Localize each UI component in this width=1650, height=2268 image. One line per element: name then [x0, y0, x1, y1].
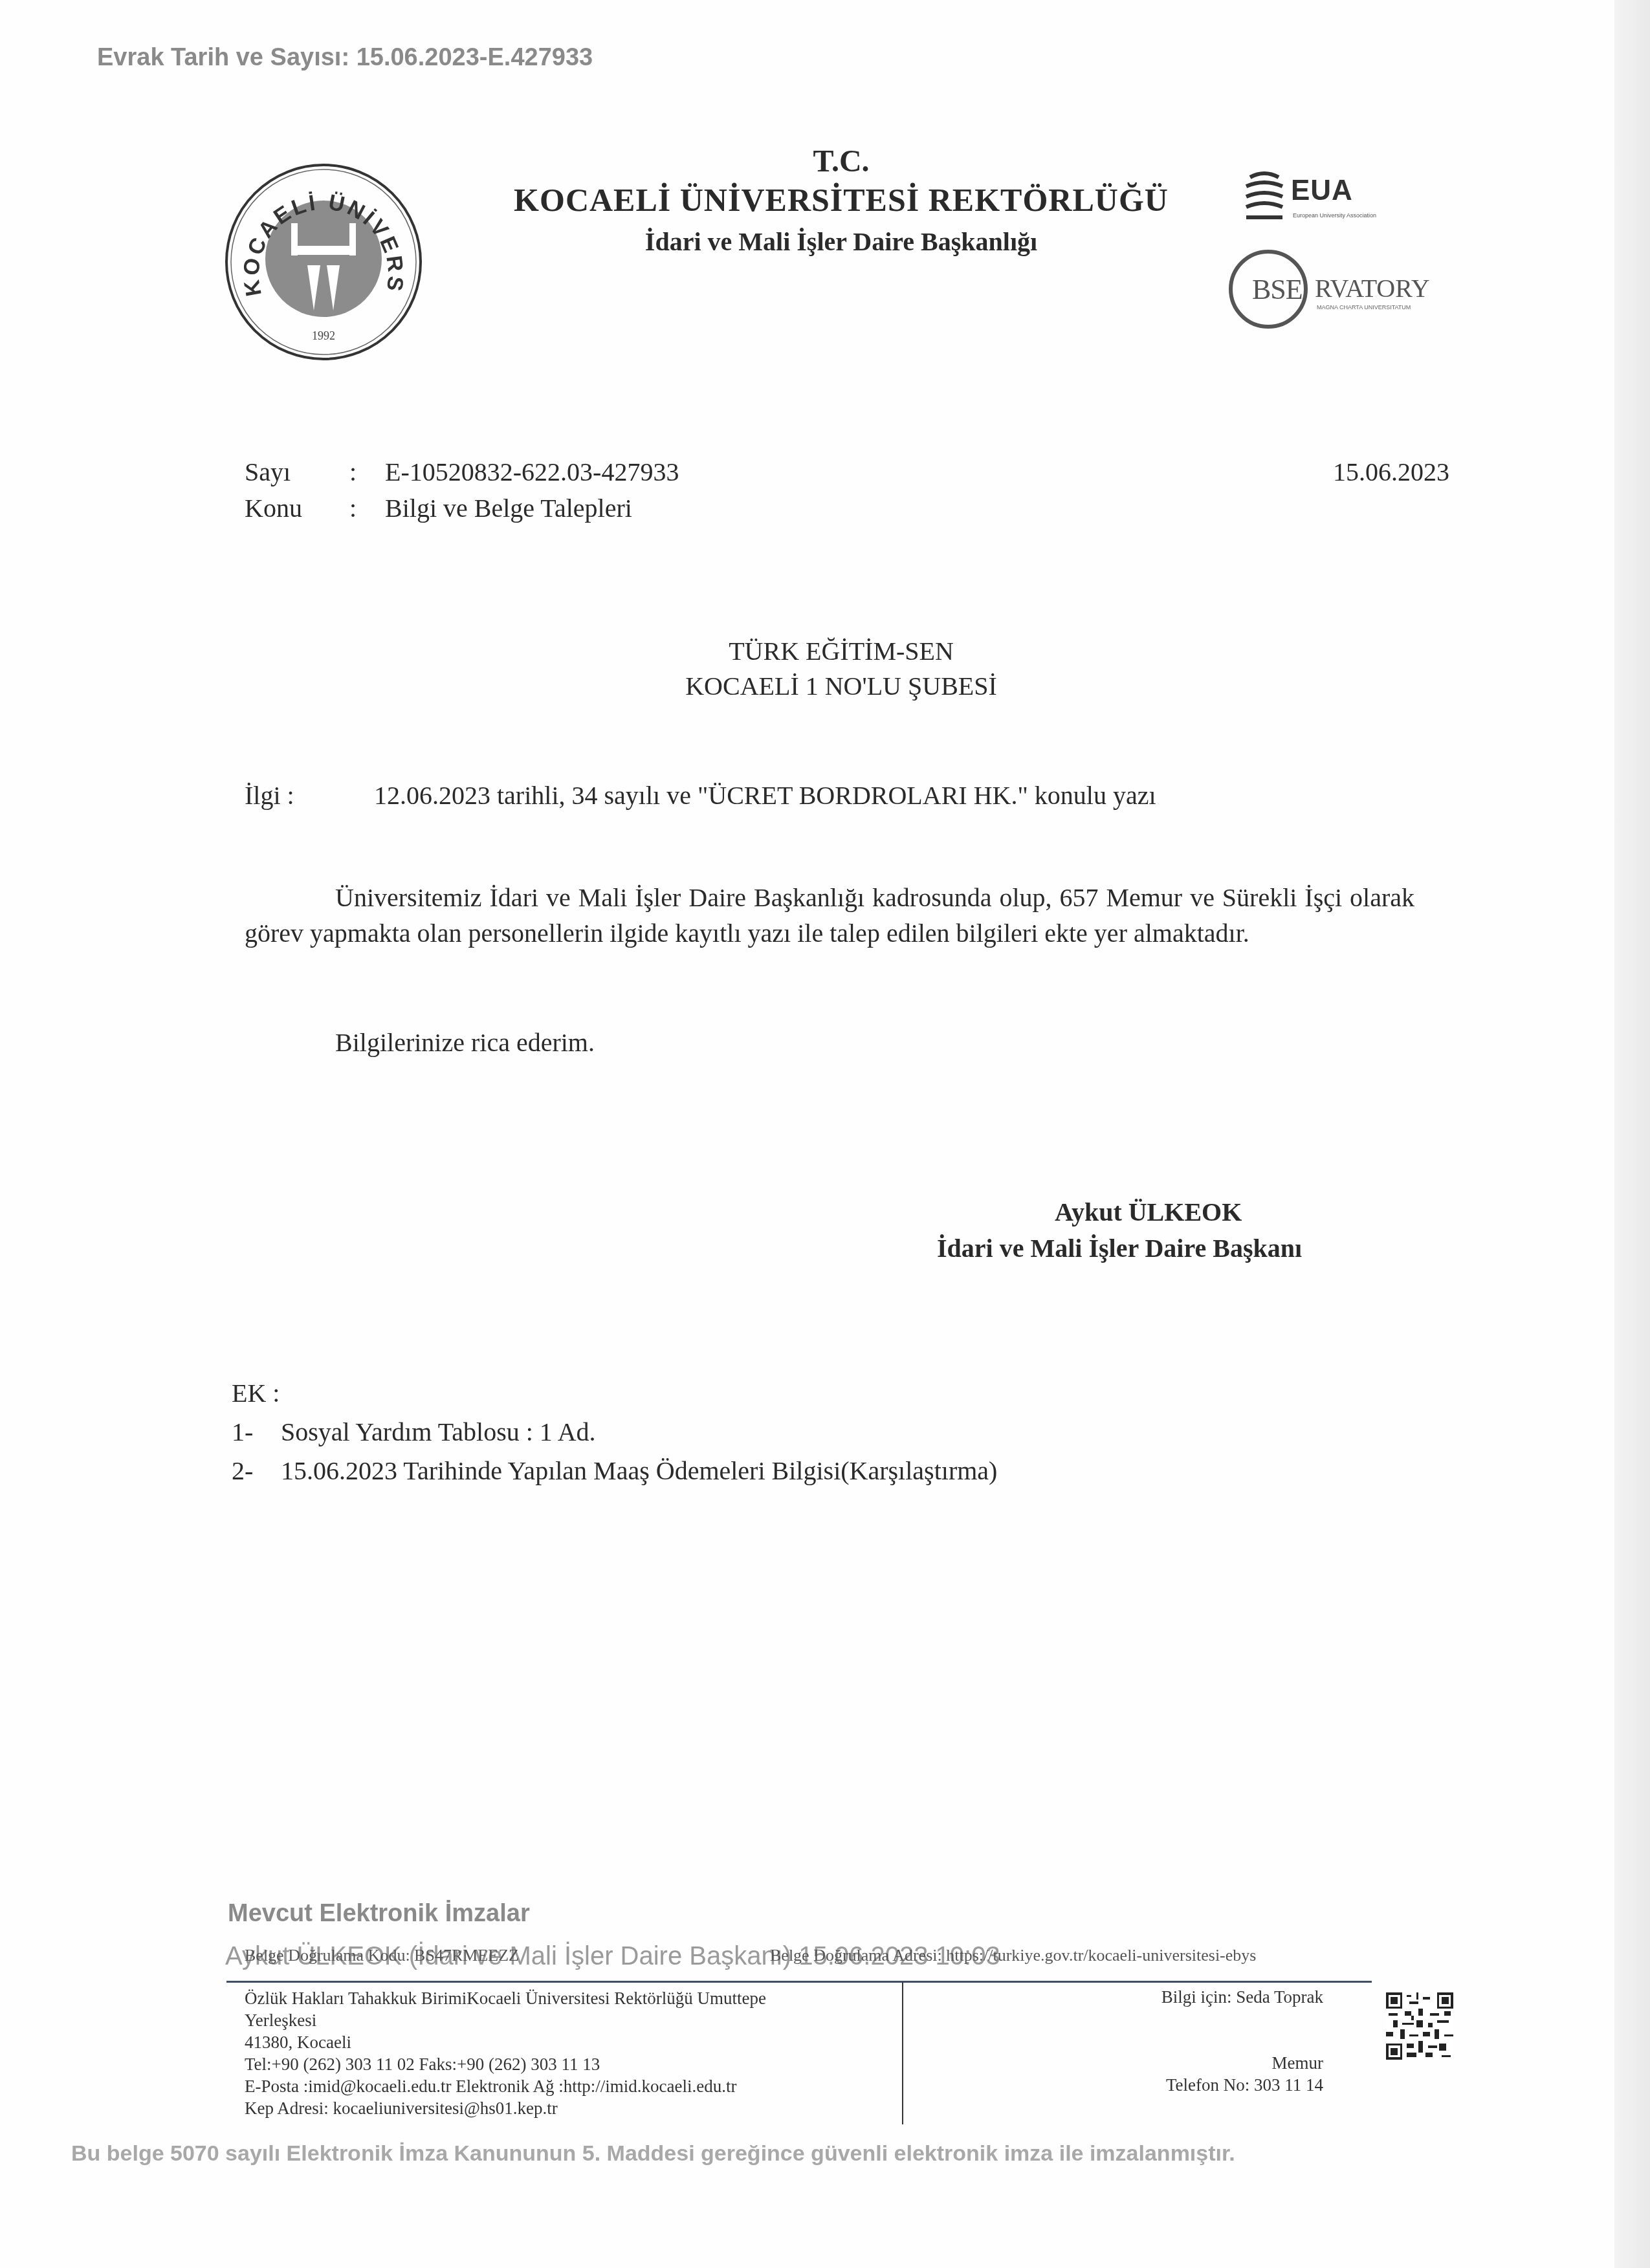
- body-paragraph: Üniversitemiz İdari ve Mali İşler Daire …: [245, 880, 1414, 951]
- document-stamp: Evrak Tarih ve Sayısı: 15.06.2023-E.4279…: [97, 44, 593, 72]
- electronic-signatures-heading: Mevcut Elektronik İmzalar: [228, 1900, 530, 1928]
- attachment-number: 2-: [232, 1456, 281, 1486]
- recipient-line-1: TÜRK EĞİTİM-SEN: [453, 636, 1229, 666]
- header-university: KOCAELİ ÜNİVERSİTESİ REKTÖRLÜĞÜ: [453, 181, 1229, 219]
- eua-globe-icon: [1244, 169, 1285, 221]
- footer-rule: [226, 1981, 1372, 1983]
- email-web[interactable]: E-Posta :imid@kocaeli.edu.tr Elektronik …: [245, 2075, 766, 2097]
- number-value: E-10520832-622.03-427933: [385, 457, 679, 487]
- header-tc: T.C.: [453, 144, 1229, 179]
- info-phone: Telefon No: 303 11 14: [1100, 2075, 1323, 2095]
- observatory-prefix: BSE: [1252, 273, 1303, 306]
- observatory-subtitle: MAGNA CHARTA UNIVERSITATUM: [1317, 304, 1411, 311]
- university-seal-icon: KOCAELİ ÜNİVERSİTESİ 1992: [223, 162, 424, 362]
- attachment-item: 1-Sosyal Yardım Tablosu : 1 Ad.: [232, 1417, 596, 1447]
- address-line-2: Yerleşkesi: [245, 2009, 766, 2031]
- footer-contact: Özlük Hakları Tahakkuk BirimiKocaeli Üni…: [245, 1987, 766, 2119]
- observatory-suffix: RVATORY: [1315, 273, 1430, 303]
- attachments-label: EK :: [232, 1378, 280, 1408]
- address-line-3: 41380, Kocaeli: [245, 2031, 766, 2053]
- subject-label: Konu: [245, 493, 302, 523]
- eua-logo-text: EUA: [1291, 175, 1353, 207]
- verification-code: Belge Doğrulama Kodu: BS47RMEEZZ: [245, 1946, 519, 1965]
- info-role: Memur: [1100, 2053, 1323, 2073]
- eua-subtitle: European University Association: [1293, 212, 1376, 219]
- reference-label: İlgi :: [245, 780, 294, 811]
- document-date: 15.06.2023: [1333, 457, 1449, 487]
- number-colon: :: [349, 457, 357, 487]
- signatory-title: İdari ve Mali İşler Daire Başkanı: [937, 1233, 1302, 1263]
- attachment-number: 1-: [232, 1417, 281, 1447]
- subject-value: Bilgi ve Belge Talepleri: [385, 493, 632, 523]
- page-edge: [1614, 0, 1650, 2268]
- attachment-text: 15.06.2023 Tarihinde Yapılan Maaş Ödemel…: [281, 1456, 997, 1485]
- footer-divider: [902, 1982, 903, 2124]
- seal-year: 1992: [312, 329, 335, 342]
- phone-fax: Tel:+90 (262) 303 11 02 Faks:+90 (262) 3…: [245, 2053, 766, 2075]
- closing-line: Bilgilerinize rica ederim.: [335, 1027, 595, 1058]
- attachment-text: Sosyal Yardım Tablosu : 1 Ad.: [281, 1417, 596, 1446]
- address-line-1: Özlük Hakları Tahakkuk BirimiKocaeli Üni…: [245, 1987, 766, 2009]
- subject-colon: :: [349, 493, 357, 523]
- header-department: İdari ve Mali İşler Daire Başkanlığı: [453, 226, 1229, 257]
- legal-notice: Bu belge 5070 sayılı Elektronik İmza Kan…: [71, 2141, 1235, 2166]
- verification-address[interactable]: Belge Doğrulama Adresi: https://turkiye.…: [770, 1946, 1256, 1965]
- number-label: Sayı: [245, 457, 291, 487]
- qr-code-icon[interactable]: [1386, 1992, 1453, 2060]
- kep-address[interactable]: Kep Adresi: kocaeliuniversitesi@hs01.kep…: [245, 2097, 766, 2119]
- reference-text: 12.06.2023 tarihli, 34 sayılı ve "ÜCRET …: [374, 780, 1156, 811]
- attachment-item: 2-15.06.2023 Tarihinde Yapılan Maaş Ödem…: [232, 1456, 997, 1486]
- info-contact: Bilgi için: Seda Toprak: [1100, 1987, 1323, 2007]
- recipient-line-2: KOCAELİ 1 NO'LU ŞUBESİ: [453, 671, 1229, 701]
- signatory-name: Aykut ÜLKEOK: [1055, 1197, 1242, 1227]
